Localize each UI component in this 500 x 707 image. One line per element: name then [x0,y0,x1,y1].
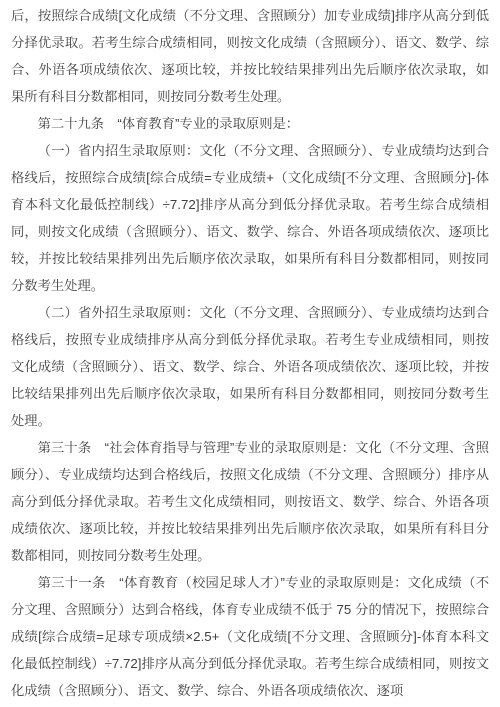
continuation-paragraph: 后，按照综合成绩[文化成绩（不分文理、含照顾分）加专业成绩]排序从高分到低分择优… [11,2,489,110]
article-30-paragraph: 第三十条 “社会体育指导与管理”专业的录取原则是：文化（不分文理、含照顾分）、专… [11,434,489,569]
article-29-heading: 第二十九条 “体育教育”专业的录取原则是： [11,110,489,137]
article-31-paragraph: 第三十一条 “体育教育（校园足球人才）”专业的录取原则是：文化成绩（不分文理、含… [11,569,489,704]
document-page: 后，按照综合成绩[文化成绩（不分文理、含照顾分）加专业成绩]排序从高分到低分择优… [0,0,500,707]
article-29-clause-1: （一）省内招生录取原则：文化（不分文理、含照顾分）、专业成绩均达到合格线后，按照… [11,137,489,299]
article-29-clause-2: （二）省外招生录取原则：文化（不分文理、含照顾分）、专业成绩均达到合格线后，按照… [11,299,489,434]
